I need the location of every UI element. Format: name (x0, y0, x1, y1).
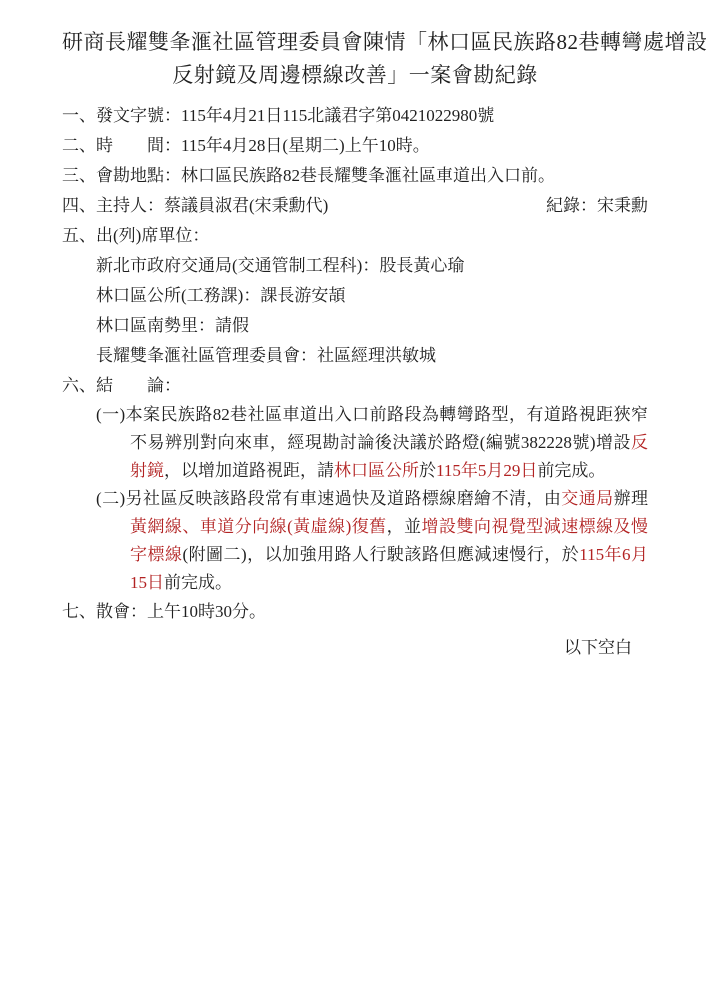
conclusion2-text: ，並 (387, 517, 422, 536)
conclusion1-text: (一)本案民族路82巷社區車道出入口前路段為轉彎路型，有道路視距狹窄不易辨別對向… (96, 405, 648, 452)
adjourn-line: 七、散會：上午10時30分。 (62, 597, 648, 627)
time-line: 二、時 間：115年4月28日(星期二)上午10時。 (62, 131, 648, 161)
document-title: 研商長耀雙夆滙社區管理委員會陳情「林口區民族路82巷轉彎處增設 反射鏡及周邊標線… (62, 26, 648, 92)
conclusion1-highlight-office: 林口區公所 (334, 461, 419, 480)
meeting-minutes-document: 研商長耀雙夆滙社區管理委員會陳情「林口區民族路82巷轉彎處增設 反射鏡及周邊標線… (0, 0, 707, 1000)
attendees-header: 五、出(列)席單位： (62, 221, 648, 251)
below-blank-note: 以下空白 (62, 633, 648, 663)
document-title-line2: 反射鏡及周邊標線改善」一案會勘紀錄 (62, 59, 648, 92)
location-line: 三、會勘地點：林口區民族路82巷長耀雙夆滙社區車道出入口前。 (62, 161, 648, 191)
conclusion2-text: 辦理 (614, 489, 648, 508)
conclusion2-text: (附圖二)，以加強用路人行駛該路但應減速慢行，於 (182, 545, 579, 564)
conclusion-item-1: (一)本案民族路82巷社區車道出入口前路段為轉彎路型，有道路視距狹窄不易辨別對向… (96, 401, 648, 485)
host-line: 四、主持人：蔡議員淑君(宋秉勳代) (62, 191, 328, 221)
conclusion2-text: (二)另社區反映該路段常有車速過快及道路標線磨繪不清，由 (96, 489, 561, 508)
attendee-row: 長耀雙夆滙社區管理委員會：社區經理洪敏城 (96, 341, 648, 371)
conclusion1-text: 前完成。 (537, 461, 605, 480)
conclusion2-highlight-bureau: 交通局 (561, 489, 613, 508)
attendee-row: 新北市政府交通局(交通管制工程科)：股長黃心瑜 (96, 251, 648, 281)
conclusion1-text: 於 (419, 461, 436, 480)
attendees-section: 新北市政府交通局(交通管制工程科)：股長黃心瑜 林口區公所(工務課)：課長游安頡… (62, 251, 648, 371)
attendee-row: 林口區公所(工務課)：課長游安頡 (96, 281, 648, 311)
attendee-row: 林口區南勢里：請假 (96, 311, 648, 341)
doc-number-line: 一、發文字號：115年4月21日115北議君字第0421022980號 (62, 101, 648, 131)
host-row: 四、主持人：蔡議員淑君(宋秉勳代) 紀錄：宋秉勳 (62, 191, 648, 221)
recorder-label: 紀錄：宋秉勳 (546, 191, 648, 221)
conclusion1-text: ，以增加道路視距，請 (164, 461, 334, 480)
conclusion2-text: 前完成。 (164, 573, 232, 592)
conclusion2-highlight-markings: 黃網線、車道分向線(黃虛線)復舊 (130, 517, 387, 536)
conclusion-item-2: (二)另社區反映該路段常有車速過快及道路標線磨繪不清，由交通局辦理黃網線、車道分… (96, 485, 648, 597)
conclusion1-highlight-deadline: 115年5月29日 (436, 461, 537, 480)
conclusion-header: 六、結 論： (62, 371, 648, 401)
document-title-line1: 研商長耀雙夆滙社區管理委員會陳情「林口區民族路82巷轉彎處增設 (62, 26, 648, 59)
